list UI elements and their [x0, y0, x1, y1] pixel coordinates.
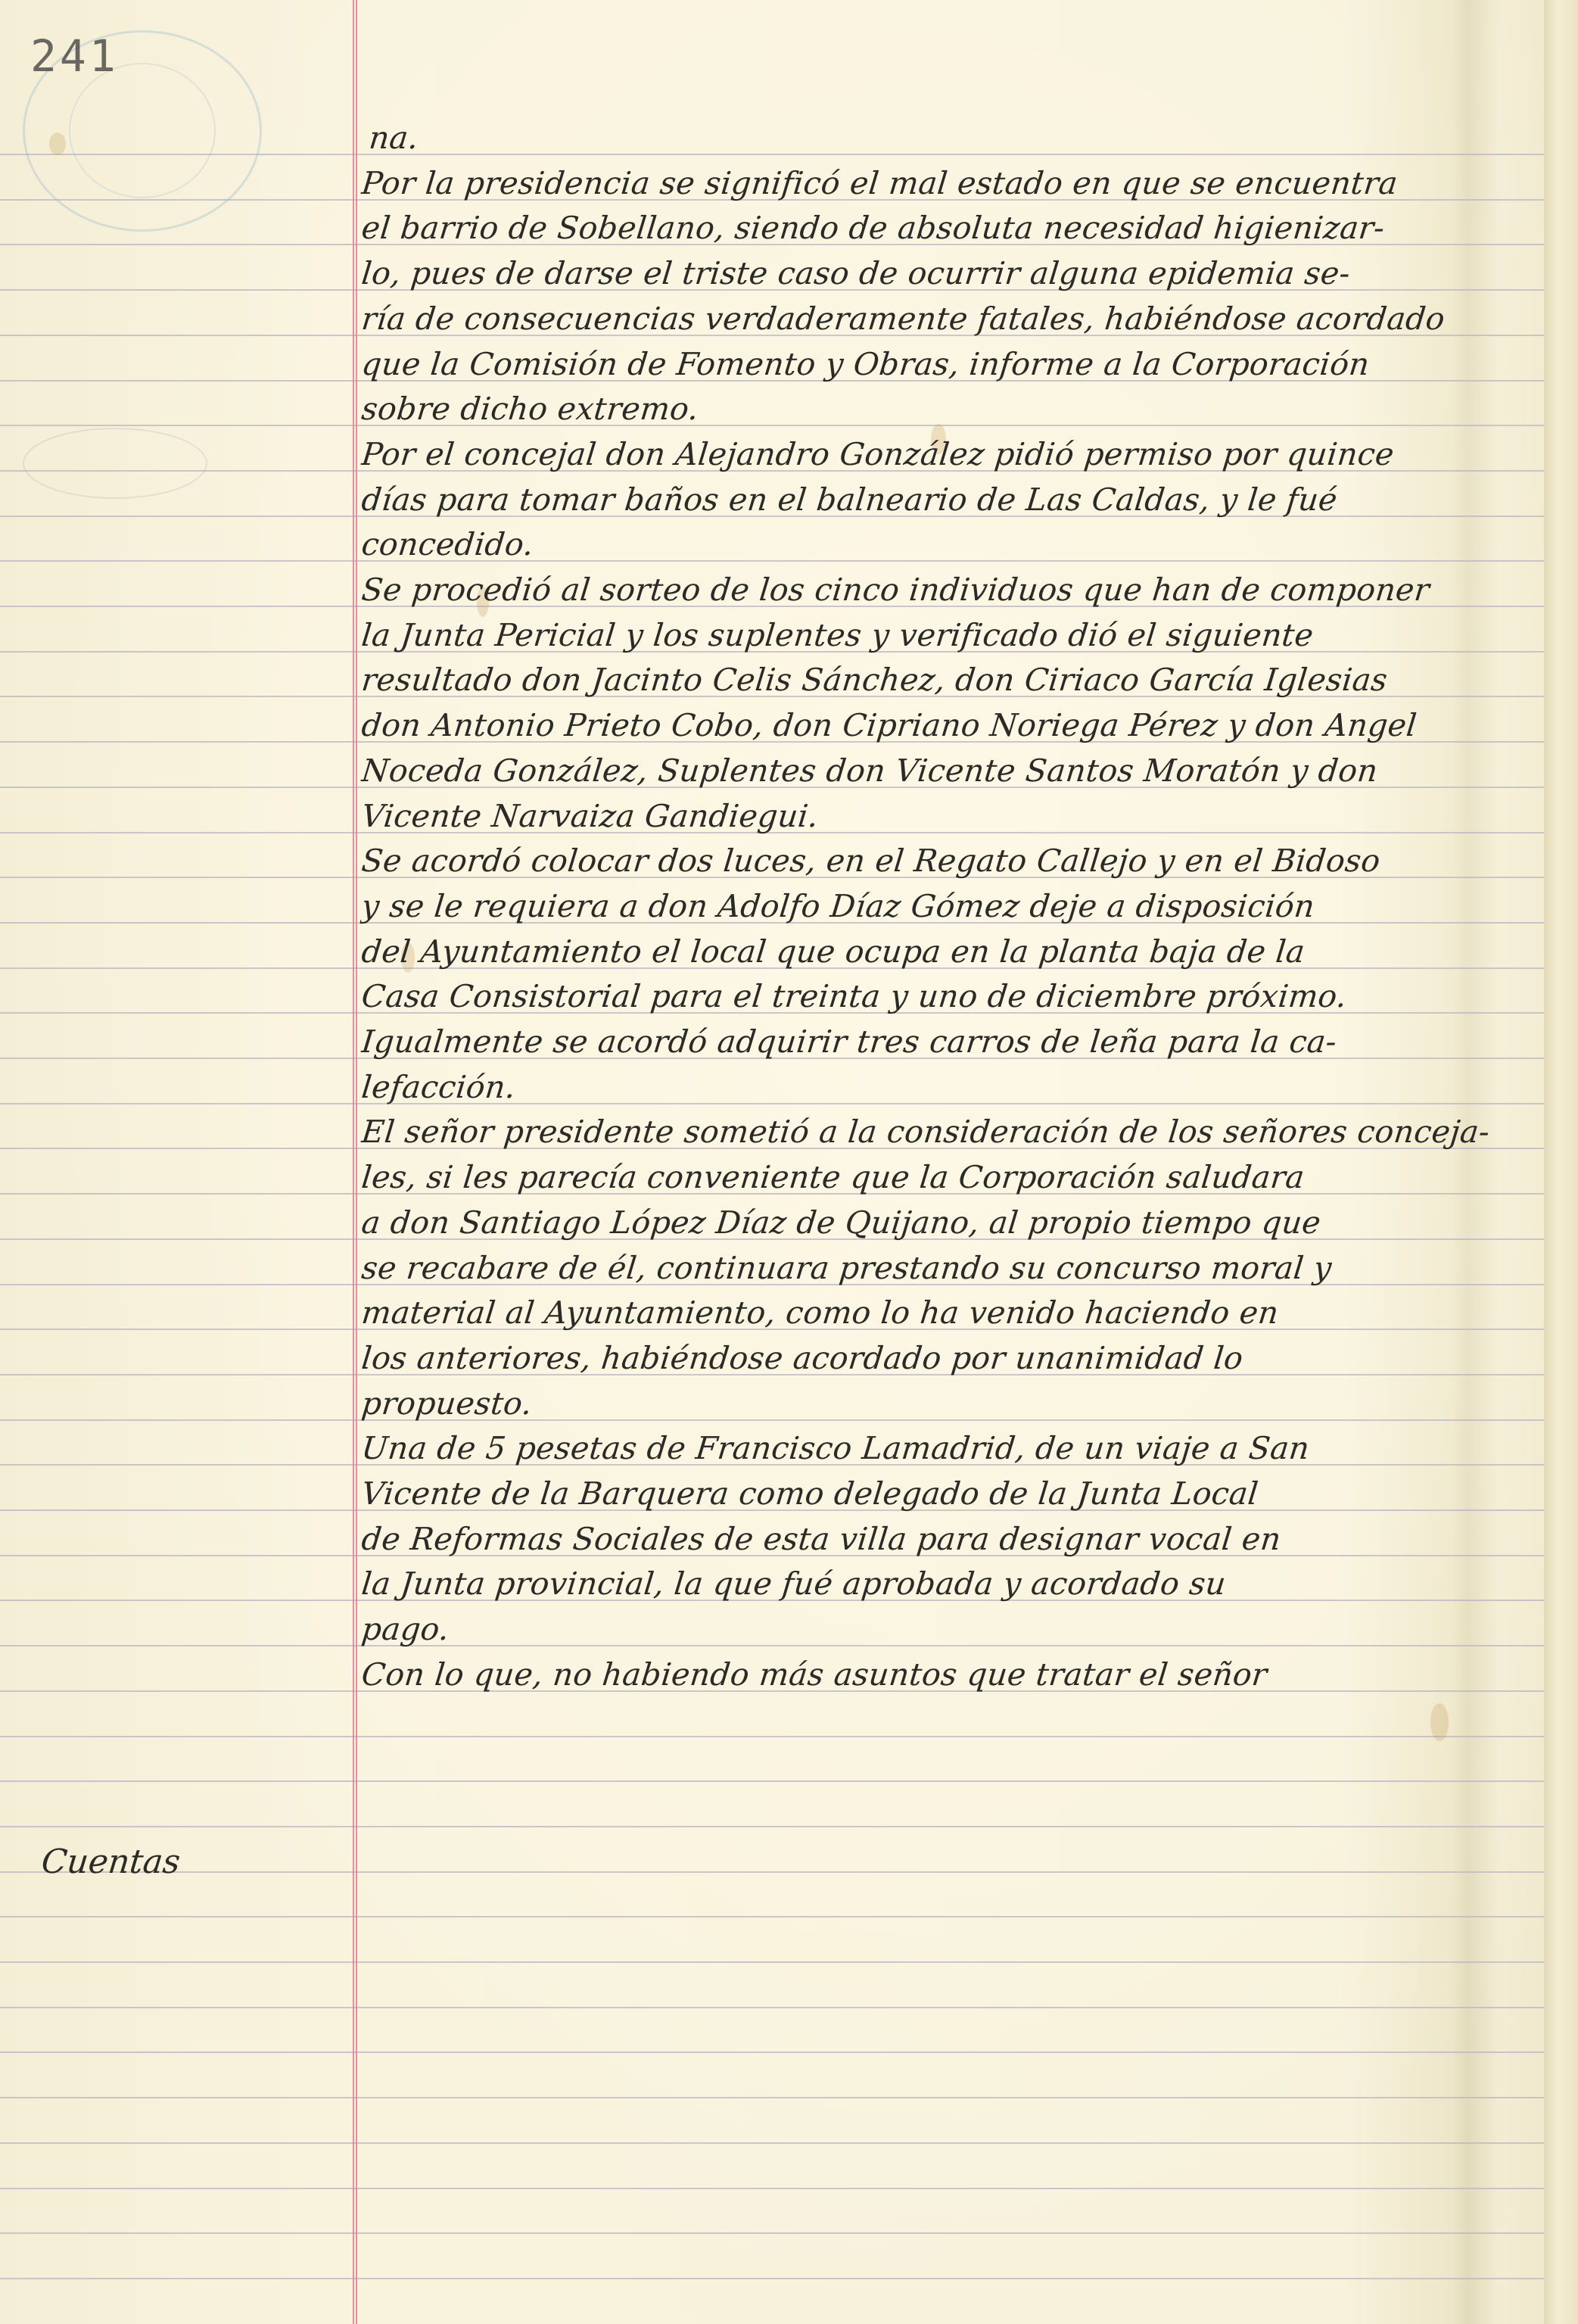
handwritten-line: lo, pues de darse el triste caso de ocur… [359, 254, 1544, 292]
handwritten-line: del Ayuntamiento el local que ocupa en l… [359, 933, 1544, 970]
handwritten-line: que la Comisión de Fomento y Obras, info… [359, 345, 1544, 383]
ruled-line [0, 2278, 1544, 2279]
handwritten-line: Una de 5 pesetas de Francisco Lamadrid, … [359, 1429, 1544, 1467]
ruled-line [0, 2188, 1544, 2189]
handwritten-line: de Reformas Sociales de esta villa para … [359, 1520, 1544, 1558]
handwritten-line: El señor presidente sometió a la conside… [359, 1113, 1544, 1151]
handwritten-line: Se procedió al sorteo de los cinco indiv… [359, 571, 1544, 609]
handwritten-line: Por la presidencia se significó el mal e… [359, 164, 1544, 202]
page-number: 241 [30, 30, 119, 82]
handwritten-line: ría de consecuencias verdaderamente fata… [359, 300, 1544, 338]
handwritten-line: pago. [359, 1610, 1544, 1648]
handwritten-line: Con lo que, no habiendo más asuntos que … [359, 1656, 1544, 1693]
handwritten-line: Vicente de la Barquera como delegado de … [359, 1475, 1544, 1512]
handwritten-line: Vicente Narvaiza Gandiegui. [359, 797, 1544, 835]
ruled-line [0, 1826, 1544, 1827]
stain [1430, 1703, 1449, 1741]
ruled-line [0, 2051, 1544, 2053]
handwritten-line: lefacción. [359, 1068, 1544, 1106]
ruled-line [0, 2007, 1544, 2008]
book-gutter [1544, 0, 1578, 2324]
stamp-inner-ring [69, 63, 216, 198]
handwritten-line: el barrio de Sobellano, siendo de absolu… [359, 209, 1544, 247]
handwritten-line: na. [367, 119, 1552, 157]
ruled-line [0, 1871, 1544, 1873]
handwritten-line: los anteriores, habiéndose acordado por … [359, 1339, 1544, 1377]
handwritten-line: se recabare de él, continuara prestando … [359, 1249, 1544, 1287]
ruled-line [0, 2232, 1544, 2234]
ruled-line [0, 1961, 1544, 1963]
handwritten-line: don Antonio Prieto Cobo, don Cipriano No… [359, 706, 1544, 744]
handwritten-line: y se le requiera a don Adolfo Díaz Gómez… [359, 887, 1544, 925]
handwritten-line: material al Ayuntamiento, como lo ha ven… [359, 1294, 1544, 1332]
handwritten-line: concedido. [359, 525, 1544, 563]
document-page: 241 Cuentas na.Por la presidencia se sig… [0, 0, 1578, 2324]
handwritten-line: Noceda González, Suplentes don Vicente S… [359, 752, 1544, 790]
handwritten-line: Se acordó colocar dos luces, en el Regat… [359, 842, 1544, 880]
stain [49, 132, 66, 155]
ruled-line [0, 1916, 1544, 1917]
handwritten-line: propuesto. [359, 1385, 1544, 1422]
red-margin-rule [353, 0, 357, 2324]
ruled-line [0, 1736, 1544, 1737]
handwritten-line: sobre dicho extremo. [359, 390, 1544, 428]
ruled-line [0, 1780, 1544, 1782]
handwritten-line: Casa Consistorial para el treinta y uno … [359, 977, 1544, 1015]
handwritten-line: días para tomar baños en el balneario de… [359, 481, 1544, 519]
handwritten-line: Igualmente se acordó adquirir tres carro… [359, 1023, 1544, 1061]
ruled-line [0, 2097, 1544, 2098]
handwritten-line: resultado don Jacinto Celis Sánchez, don… [359, 661, 1544, 699]
handwritten-line: la Junta Pericial y los suplentes y veri… [359, 616, 1544, 654]
ruled-line [0, 2142, 1544, 2144]
handwritten-line: Por el concejal don Alejandro González p… [359, 435, 1544, 473]
margin-note-cuentas: Cuentas [39, 1843, 182, 1881]
handwritten-line: la Junta provincial, la que fué aprobada… [359, 1565, 1544, 1603]
handwritten-line: a don Santiago López Díaz de Quijano, al… [359, 1204, 1544, 1241]
handwritten-line: les, si les parecía conveniente que la C… [359, 1158, 1544, 1196]
faint-pencil-mark [23, 428, 207, 499]
